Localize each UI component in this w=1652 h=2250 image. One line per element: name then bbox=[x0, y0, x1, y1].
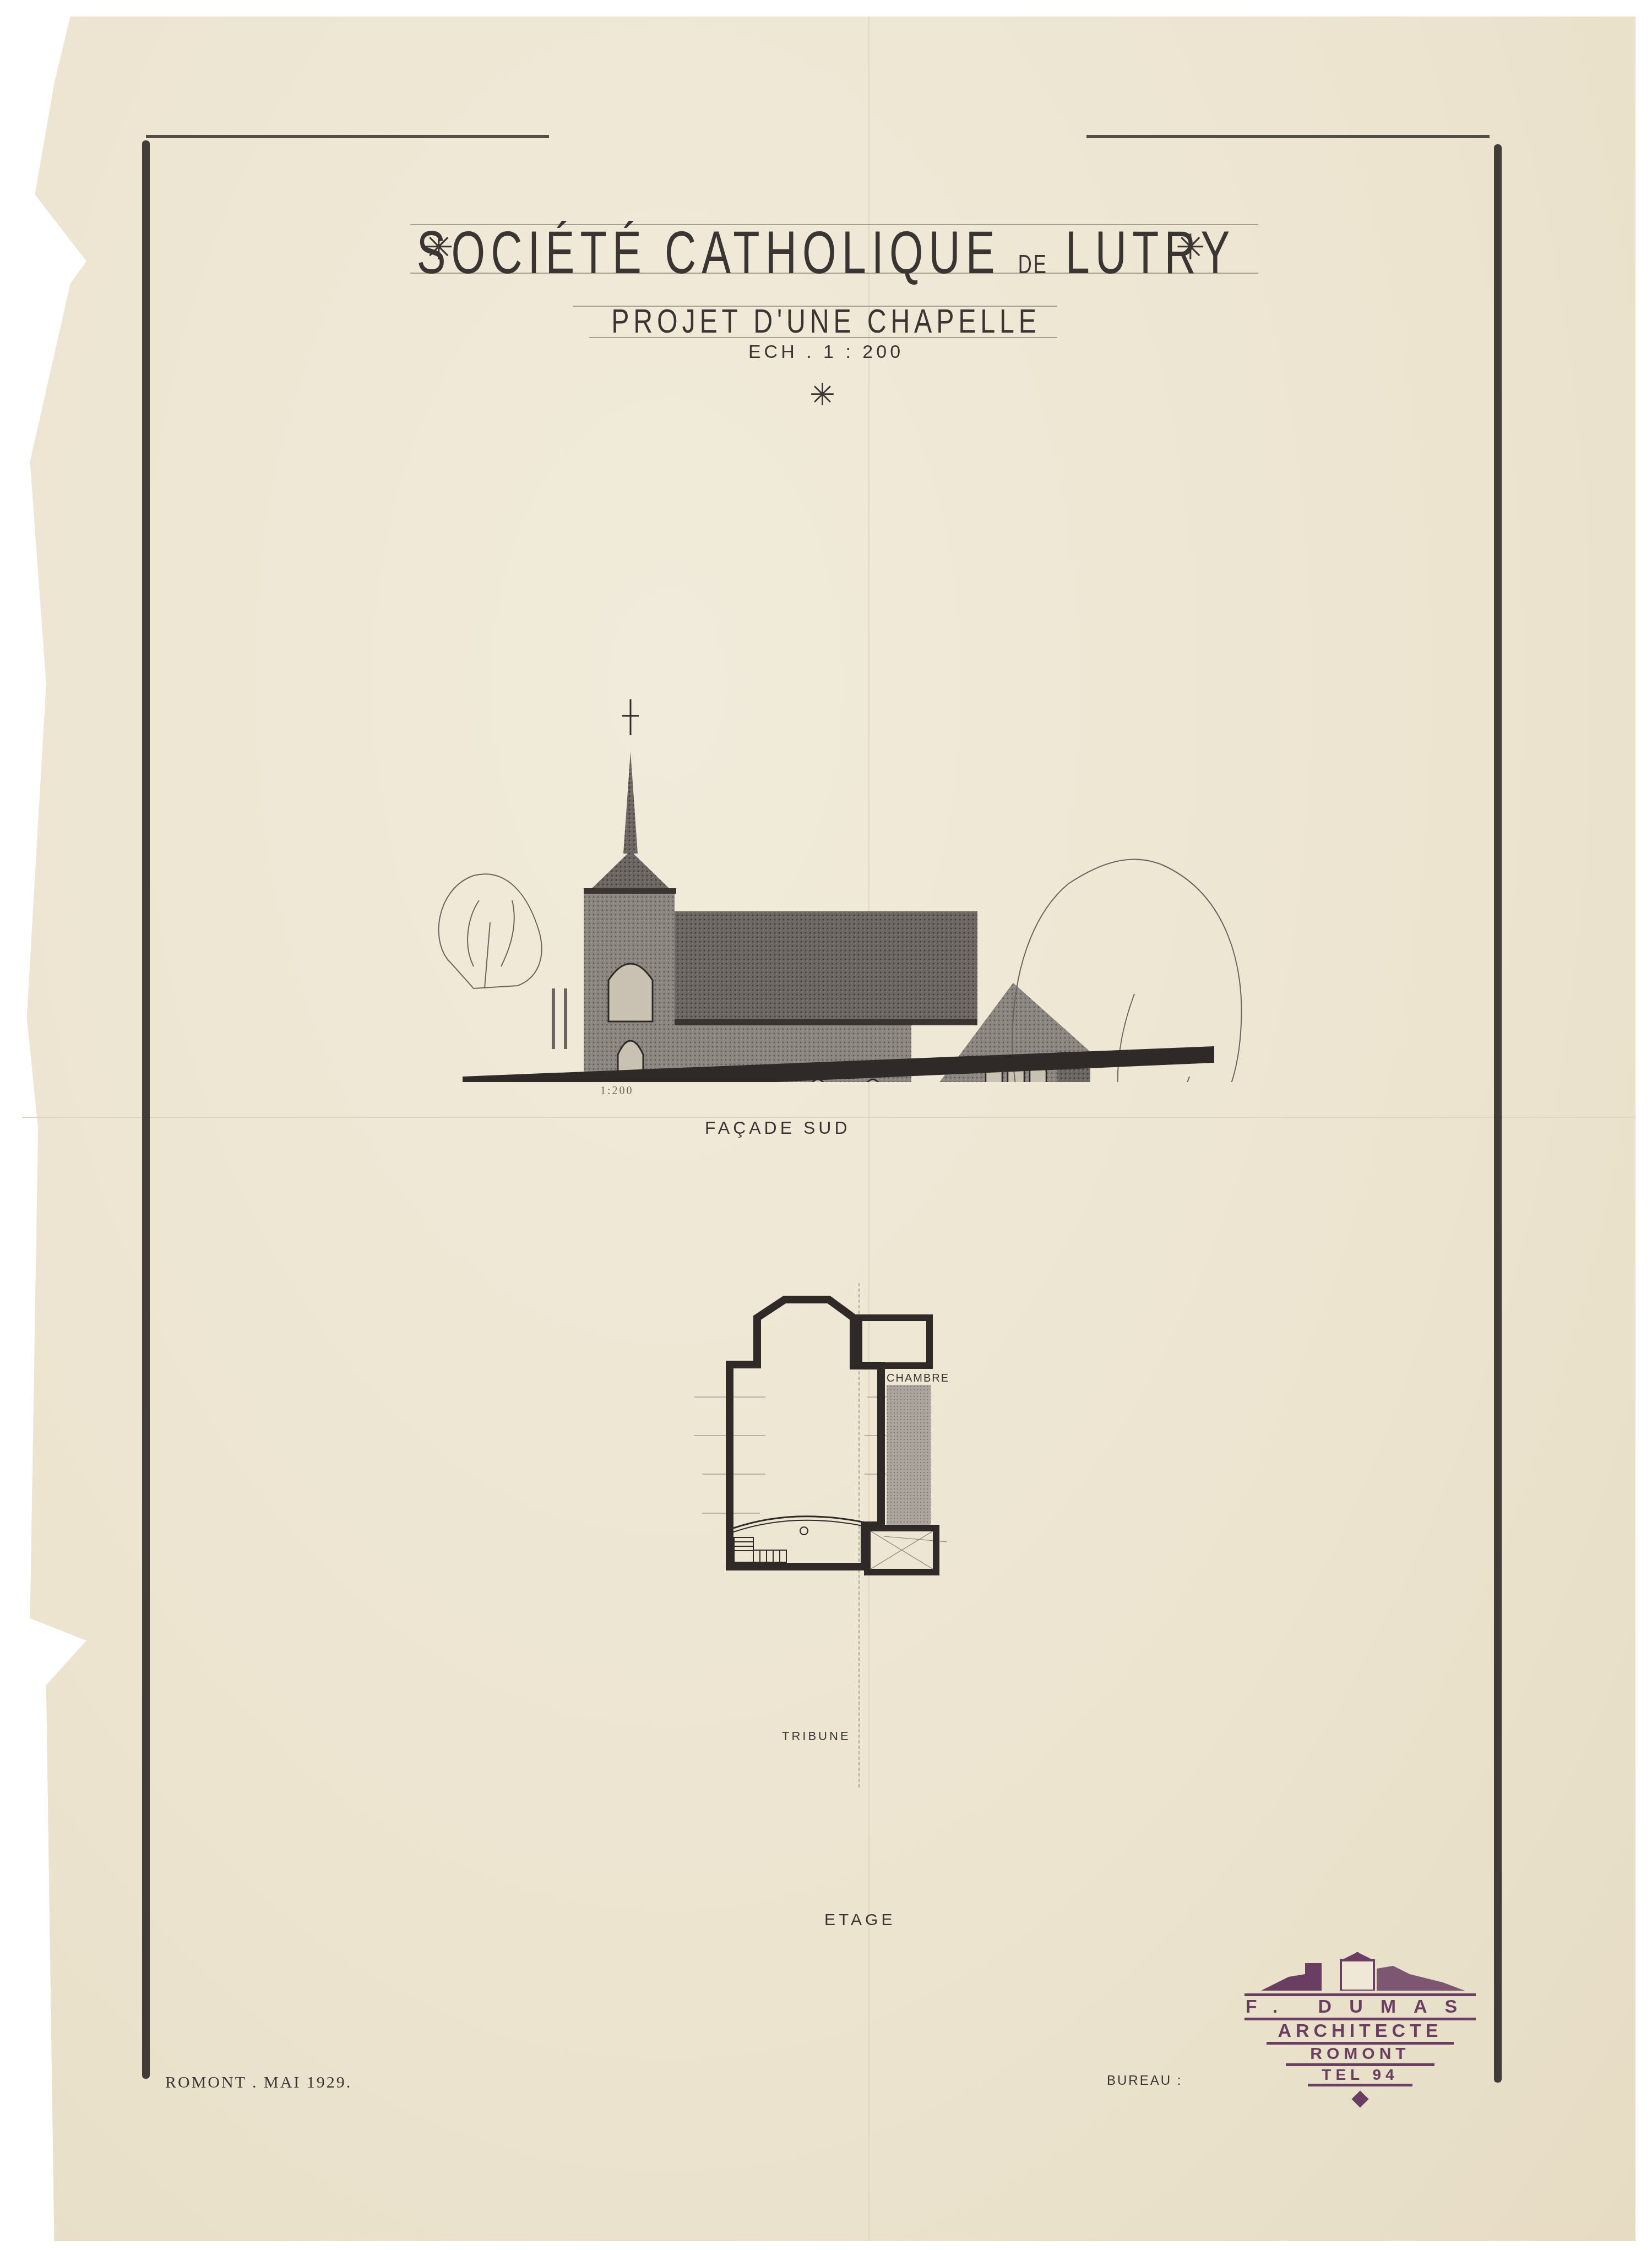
floor-plan-etage bbox=[688, 1283, 997, 1790]
architect-stamp: F. DUMAS ARCHITECTE ROMONT TEL 94 bbox=[1245, 1952, 1476, 2090]
pencil-scale-note: 1:200 bbox=[600, 1085, 634, 1097]
bureau-label: BUREAU : bbox=[1107, 2073, 1182, 2089]
small-tree-icon bbox=[439, 874, 542, 988]
title-main-de: DE bbox=[1018, 250, 1048, 279]
title-main: SOCIÉTÉ CATHOLIQUE DE LUTRY bbox=[231, 218, 1421, 287]
title-subtitle: PROJET D'UNE CHAPELLE bbox=[182, 302, 1470, 341]
stamp-phone: TEL 94 bbox=[1308, 2066, 1412, 2086]
room-label-chambre: CHAMBRE bbox=[887, 1372, 949, 1385]
title-main-right: LUTRY bbox=[1066, 219, 1236, 286]
nave-roof bbox=[675, 911, 977, 1021]
caption-facade-sud: FAÇADE SUD bbox=[705, 1118, 850, 1138]
frame-border-right bbox=[1494, 144, 1502, 2083]
stamp-skyline-icon bbox=[1245, 1952, 1476, 1991]
frame-border-top bbox=[146, 135, 1490, 138]
star-icon: ✳ bbox=[809, 380, 835, 411]
title-main-left: SOCIÉTÉ CATHOLIQUE bbox=[417, 219, 1001, 286]
place-date: ROMONT . MAI 1929. bbox=[165, 2073, 352, 2092]
room-chambre bbox=[859, 1318, 930, 1366]
stamp-city: ROMONT bbox=[1286, 2045, 1434, 2066]
title-scale: ECH . 1 : 200 bbox=[0, 341, 1652, 363]
stamp-name: F. DUMAS bbox=[1245, 1993, 1476, 2020]
caption-etage: ETAGE bbox=[824, 1911, 895, 1930]
room-label-tribune: TRIBUNE bbox=[782, 1729, 851, 1743]
spire bbox=[623, 752, 638, 854]
stamp-profession: ARCHITECTE bbox=[1267, 2020, 1454, 2045]
south-facade-elevation bbox=[407, 658, 1267, 1082]
frame-border-left bbox=[142, 140, 150, 2079]
